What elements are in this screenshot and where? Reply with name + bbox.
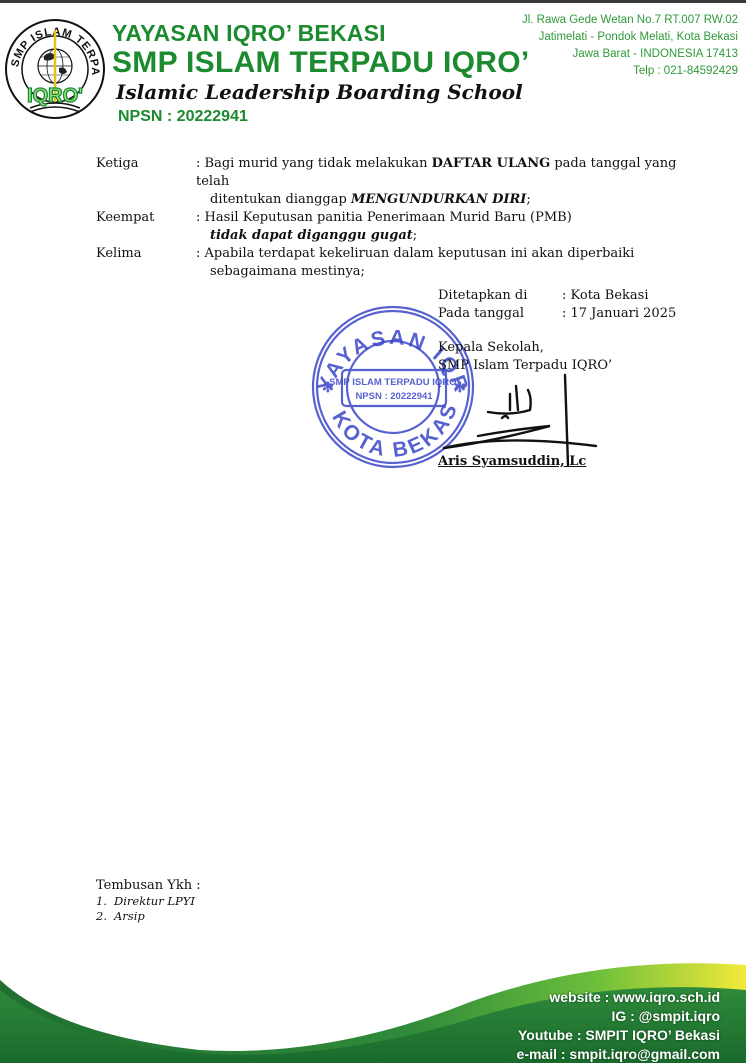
item-text: : Apabila terdapat kekeliruan dalam kepu… bbox=[196, 245, 696, 281]
item-text-part: ditentukan dianggap bbox=[210, 192, 351, 207]
school-tagline: Islamic Leadership Boarding School bbox=[116, 80, 523, 104]
decision-item-kelima: Kelima : Apabila terdapat kekeliruan dal… bbox=[96, 245, 696, 281]
item-label: Kelima bbox=[96, 245, 196, 281]
decision-item-ketiga: Ketiga : Bagi murid yang tidak melakukan… bbox=[96, 155, 696, 209]
school-name: SMP ISLAM TERPADU IQRO’ bbox=[112, 46, 529, 80]
footer-contacts: website : www.iqro.sch.id IG : @smpit.iq… bbox=[517, 988, 720, 1063]
youtube-line: Youtube : SMPIT IQRO’ Bekasi bbox=[517, 1026, 720, 1045]
tembusan-title: Tembusan Ykh : bbox=[96, 878, 201, 894]
svg-text:IQRO': IQRO' bbox=[27, 85, 83, 107]
item-text-part: ; bbox=[413, 228, 417, 243]
item-continuation: sebagaimana mestinya; bbox=[196, 263, 696, 281]
decision-items: Ketiga : Bagi murid yang tidak melakukan… bbox=[96, 155, 696, 281]
place-row: Ditetapkan di : Kota Bekasi bbox=[438, 287, 676, 305]
item-emphasis: DAFTAR ULANG bbox=[432, 156, 551, 171]
school-npsn: NPSN : 20222941 bbox=[118, 108, 248, 126]
school-address: Jl. Rawa Gede Wetan No.7 RT.007 RW.02 Ja… bbox=[522, 12, 738, 80]
signer-role: Kepala Sekolah, bbox=[438, 339, 676, 357]
phone-line: Telp : 021-84592429 bbox=[522, 63, 738, 80]
list-item: 1. Direktur LPYI bbox=[96, 894, 201, 909]
item-emphasis: MENGUNDURKAN DIRI bbox=[351, 192, 526, 207]
item-label: Keempat bbox=[96, 209, 196, 245]
item-continuation: tidak dapat diganggu gugat; bbox=[196, 227, 696, 245]
handwritten-signature-icon bbox=[440, 370, 610, 470]
instagram-line: IG : @smpit.iqro bbox=[517, 1007, 720, 1026]
item-text-part: : Bagi murid yang tidak melakukan bbox=[196, 156, 432, 171]
website-line: website : www.iqro.sch.id bbox=[517, 988, 720, 1007]
date-label: Pada tanggal bbox=[438, 305, 562, 323]
address-line: Jatimelati - Pondok Melati, Kota Bekasi bbox=[522, 29, 738, 46]
date-row: Pada tanggal : 17 Januari 2025 bbox=[438, 305, 676, 323]
place-value: : Kota Bekasi bbox=[562, 287, 649, 305]
decision-item-keempat: Keempat : Hasil Keputusan panitia Peneri… bbox=[96, 209, 696, 245]
item-continuation: ditentukan dianggap MENGUNDURKAN DIRI; bbox=[196, 191, 696, 209]
list-text: Arsip bbox=[114, 909, 145, 924]
school-logo-icon: SMP ISLAM TERPADU IQRO' bbox=[2, 16, 108, 122]
item-emphasis: tidak dapat diganggu gugat bbox=[210, 228, 413, 243]
svg-text:✻: ✻ bbox=[322, 379, 334, 395]
list-number: 1. bbox=[96, 894, 114, 909]
email-line: e-mail : smpit.iqro@gmail.com bbox=[517, 1045, 720, 1063]
tembusan-list: 1. Direktur LPYI 2. Arsip bbox=[96, 894, 201, 924]
top-border bbox=[0, 0, 746, 3]
address-line: Jawa Barat - INDONESIA 17413 bbox=[522, 46, 738, 63]
item-text-part: ; bbox=[526, 192, 530, 207]
item-label: Ketiga bbox=[96, 155, 196, 209]
address-line: Jl. Rawa Gede Wetan No.7 RT.007 RW.02 bbox=[522, 12, 738, 29]
item-text-part: : Apabila terdapat kekeliruan dalam kepu… bbox=[196, 246, 634, 261]
item-text: : Hasil Keputusan panitia Penerimaan Mur… bbox=[196, 209, 696, 245]
signature-block: Ditetapkan di : Kota Bekasi Pada tanggal… bbox=[438, 287, 676, 375]
item-text: : Bagi murid yang tidak melakukan DAFTAR… bbox=[196, 155, 696, 209]
place-label: Ditetapkan di bbox=[438, 287, 562, 305]
svg-text:NPSN : 20222941: NPSN : 20222941 bbox=[355, 391, 433, 402]
tembusan-section: Tembusan Ykh : 1. Direktur LPYI 2. Arsip bbox=[96, 878, 201, 924]
list-number: 2. bbox=[96, 909, 114, 924]
list-text: Direktur LPYI bbox=[114, 894, 195, 909]
list-item: 2. Arsip bbox=[96, 909, 201, 924]
item-text-part: : Hasil Keputusan panitia Penerimaan Mur… bbox=[196, 210, 572, 225]
foundation-name: YAYASAN IQRO’ BEKASI bbox=[112, 20, 386, 47]
date-value: : 17 Januari 2025 bbox=[562, 305, 676, 323]
